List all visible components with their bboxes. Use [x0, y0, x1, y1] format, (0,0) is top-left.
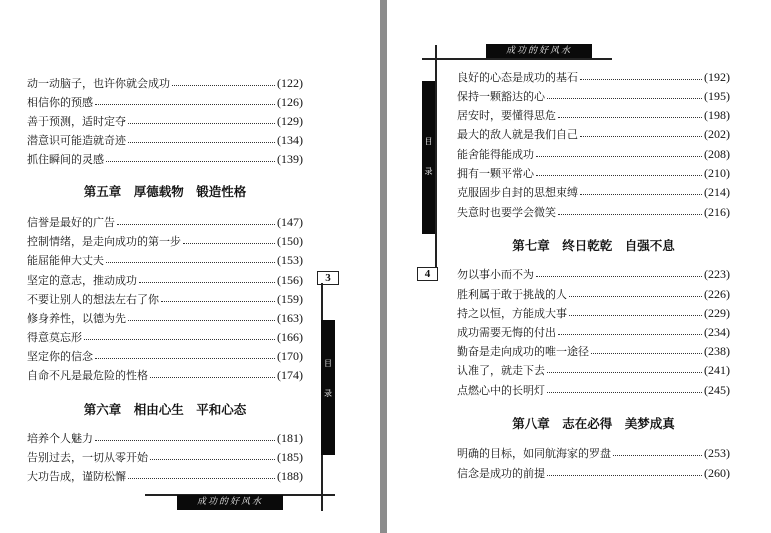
toc-entry[interactable]: 明确的目标，如同航海家的罗盘(253): [457, 443, 730, 463]
toc-entry[interactable]: 动一动脑子，也许你就会成功(122): [27, 73, 303, 93]
toc-entry[interactable]: 大功告成，谨防松懈(188): [27, 466, 303, 486]
header-rule: [422, 58, 612, 60]
toc-entry[interactable]: 控制情绪，是走向成功的第一步(150): [27, 231, 303, 251]
toc-entry[interactable]: 坚定的意志，推动成功(156): [27, 270, 303, 290]
toc-entry[interactable]: 不要让别人的想法左右了你(159): [27, 289, 303, 309]
toc-entry[interactable]: 修身养性，以德为先(163): [27, 308, 303, 328]
toc-entry[interactable]: 信誉是最好的广告(147): [27, 212, 303, 232]
toc-entry[interactable]: 培养个人魅力(181): [27, 428, 303, 448]
margin-rule: [435, 45, 437, 267]
toc-entry[interactable]: 成功需要无悔的付出(234): [457, 322, 730, 342]
tab-char: 目: [321, 358, 335, 369]
running-footer: 成功的好风水: [177, 495, 283, 510]
section-tab: 目 录: [321, 320, 335, 455]
toc-entry[interactable]: 克服固步自封的思想束缚(214): [457, 182, 730, 202]
toc-entry[interactable]: 失意时也要学会微笑(216): [457, 202, 730, 222]
toc-entry[interactable]: 勿以事小而不为(223): [457, 264, 730, 284]
chapter-heading: 第五章 厚德载物 锻造性格: [27, 182, 303, 200]
chapter-heading: 第八章 志在必得 美梦成真: [457, 414, 730, 432]
toc-entry[interactable]: 能舍能得能成功(208): [457, 144, 730, 164]
tab-char: 目: [422, 136, 435, 147]
running-header: 成功的好风水: [486, 44, 592, 58]
page-number-box: 4: [417, 267, 438, 281]
toc-entry[interactable]: 得意莫忘形(166): [27, 327, 303, 347]
toc-entry[interactable]: 持之以恒，方能成大事(229): [457, 303, 730, 323]
toc-entry[interactable]: 能屈能伸大丈夫(153): [27, 250, 303, 270]
toc-entry[interactable]: 自命不凡是最危险的性格(174): [27, 365, 303, 385]
toc-entry[interactable]: 抓住瞬间的灵感(139): [27, 149, 303, 169]
tab-char: 录: [422, 166, 435, 177]
toc-entry[interactable]: 告别过去，一切从零开始(185): [27, 447, 303, 467]
toc-entry[interactable]: 认准了，就走下去(241): [457, 360, 730, 380]
toc-entry[interactable]: 保持一颗豁达的心(195): [457, 86, 730, 106]
chapter-heading: 第六章 相由心生 平和心态: [27, 400, 303, 418]
toc-entry[interactable]: 胜利属于敢于挑战的人(226): [457, 284, 730, 304]
toc-entry[interactable]: 拥有一颗平常心(210): [457, 163, 730, 183]
toc-entry[interactable]: 良好的心态是成功的基石(192): [457, 67, 730, 87]
right-page: 成功的好风水 目 录 4 良好的心态是成功的基石(192) 保持一颗豁达的心(1…: [387, 0, 771, 533]
toc-entry[interactable]: 相信你的预感(126): [27, 92, 303, 112]
chapter-heading: 第七章 终日乾乾 自强不息: [457, 236, 730, 254]
toc-entry[interactable]: 信念是成功的前提(260): [457, 463, 730, 483]
toc-entry[interactable]: 善于预测，适时定夺(129): [27, 111, 303, 131]
left-page: 动一动脑子，也许你就会成功(122) 相信你的预感(126) 善于预测，适时定夺…: [0, 0, 380, 533]
toc-entry[interactable]: 点燃心中的长明灯(245): [457, 380, 730, 400]
page-gutter: [380, 0, 387, 533]
toc-entry[interactable]: 居安时，要懂得思危(198): [457, 105, 730, 125]
toc-entry[interactable]: 勤奋是走向成功的唯一途径(238): [457, 341, 730, 361]
toc-entry[interactable]: 坚定你的信念(170): [27, 346, 303, 366]
toc-entry[interactable]: 潜意识可能造就奇迹(134): [27, 130, 303, 150]
section-tab: 目 录: [422, 81, 435, 234]
tab-char: 录: [321, 388, 335, 399]
toc-entry[interactable]: 最大的敌人就是我们自己(202): [457, 124, 730, 144]
